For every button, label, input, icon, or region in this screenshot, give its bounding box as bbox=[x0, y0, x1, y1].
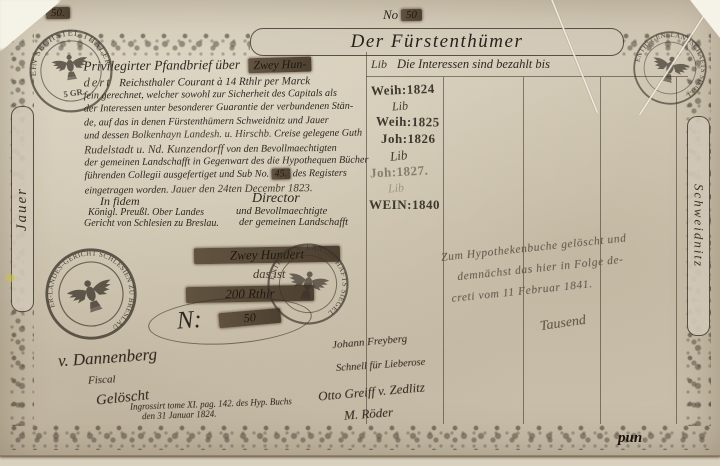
document-number-center-value: 50 bbox=[401, 9, 422, 21]
body-line6-print1: und dessen bbox=[84, 130, 129, 141]
interest-stamp-7: Lib bbox=[387, 180, 404, 196]
signature-left-title: Fiscal bbox=[88, 373, 116, 386]
bottom-handwriting-fragment: pun bbox=[618, 430, 642, 447]
signature-right-2: Schnell für Lieberose bbox=[336, 357, 426, 374]
court-line-2: Gericht von Schlesien zu Breslau. bbox=[84, 218, 219, 229]
pfandbrief-document: Jauer Schweidnitz No 50. No 50 Der Fürst… bbox=[0, 0, 720, 466]
left-margin-cartouche: Jauer bbox=[11, 106, 34, 312]
table-column-line-4 bbox=[676, 77, 677, 424]
interest-stamp-6: Joh:1827. bbox=[370, 162, 429, 181]
body-line7-handwritten: Rudelstadt u. Nd. Kunzendorff bbox=[84, 143, 224, 156]
director-line-1: und Bevollmaechtigte bbox=[236, 206, 327, 217]
landschaft-seal-mid: FÜRSTENTH: GEN: LANDSCHAFTS SIEGEL bbox=[259, 235, 356, 332]
body-line7-print: von den Bevollmaechtigten bbox=[226, 142, 336, 154]
body-line1-handwritten: Zwey Hun- bbox=[248, 57, 311, 74]
cancellation-note: Zum Hypothekenbuche gelöscht und demnäch… bbox=[440, 228, 632, 310]
revenue-value-text: 5 GR. bbox=[63, 86, 86, 99]
signature-right-3: Otto Greiff v. Zedlitz bbox=[318, 379, 426, 404]
signature-right-1: Johann Freyberg bbox=[332, 333, 408, 352]
paper-sheet: Jauer Schweidnitz No 50. No 50 Der Fürst… bbox=[0, 0, 720, 456]
interest-stamp-2: Lib bbox=[391, 98, 408, 114]
eagle-icon bbox=[285, 268, 330, 303]
body-text-block: Privilegirter Pfandbrief über Zwey Hun- … bbox=[83, 55, 372, 197]
interest-stamp-4: Joh:1826 bbox=[381, 131, 436, 147]
body-line9-print1: führenden Collegii ausgefertiget und Sub… bbox=[84, 169, 269, 182]
body-line6-print2: Creise gelegene Guth bbox=[274, 128, 362, 140]
body-line9-handwritten: 45. bbox=[272, 169, 291, 181]
registration-line-2: den 31 Januar 1824. bbox=[142, 409, 217, 422]
border-ornament-bottom bbox=[10, 422, 711, 450]
signature-right-4: M. Röder bbox=[344, 404, 394, 423]
right-margin-label: Schweidnitz bbox=[691, 184, 707, 268]
document-number-center-label: No bbox=[383, 7, 398, 23]
interest-stamp-5: Lib bbox=[389, 147, 408, 165]
number-label: N: bbox=[176, 306, 203, 336]
page-title: Der Fürstenthümer bbox=[351, 31, 524, 53]
director-title: Director bbox=[252, 191, 300, 207]
body-line9-print2: des Registers bbox=[293, 168, 347, 180]
interest-stamp-3: Weih:1825 bbox=[376, 113, 440, 130]
court-seal: KOENIGL: OBER-LANDES-GERICHT SCHLESIEN Z… bbox=[32, 235, 150, 353]
eagle-icon bbox=[51, 52, 90, 82]
interest-stamp-8: WEIN:1840 bbox=[369, 197, 440, 213]
interest-header-seal-mark: Lib bbox=[371, 57, 387, 72]
cancellation-signature: Tausend bbox=[539, 313, 587, 335]
interest-stamp-1: Weih:1824 bbox=[371, 81, 435, 99]
left-margin-label: Jauer bbox=[14, 187, 31, 231]
body-line6-handwritten: Bolkenhayn Landesh. u. Hirschb. bbox=[132, 129, 272, 141]
body-line2-print: Reichsthaler Courant à 14 Rthlr per Marc… bbox=[119, 75, 310, 89]
director-line-2: der gemeinen Landschafft bbox=[239, 217, 348, 228]
court-line-1: Königl. Preußl. Ober Landes bbox=[88, 207, 204, 218]
paper-bottom-edge bbox=[0, 455, 720, 457]
eagle-icon bbox=[65, 273, 118, 317]
paper-stain bbox=[5, 274, 15, 282]
interest-header-text: Die Interessen sind bezahlt bis bbox=[397, 57, 550, 72]
revenue-stamp-seal: EIN SECHSTEL THALER 5 GR. bbox=[22, 22, 119, 119]
right-margin-cartouche: Schweidnitz bbox=[687, 116, 710, 336]
